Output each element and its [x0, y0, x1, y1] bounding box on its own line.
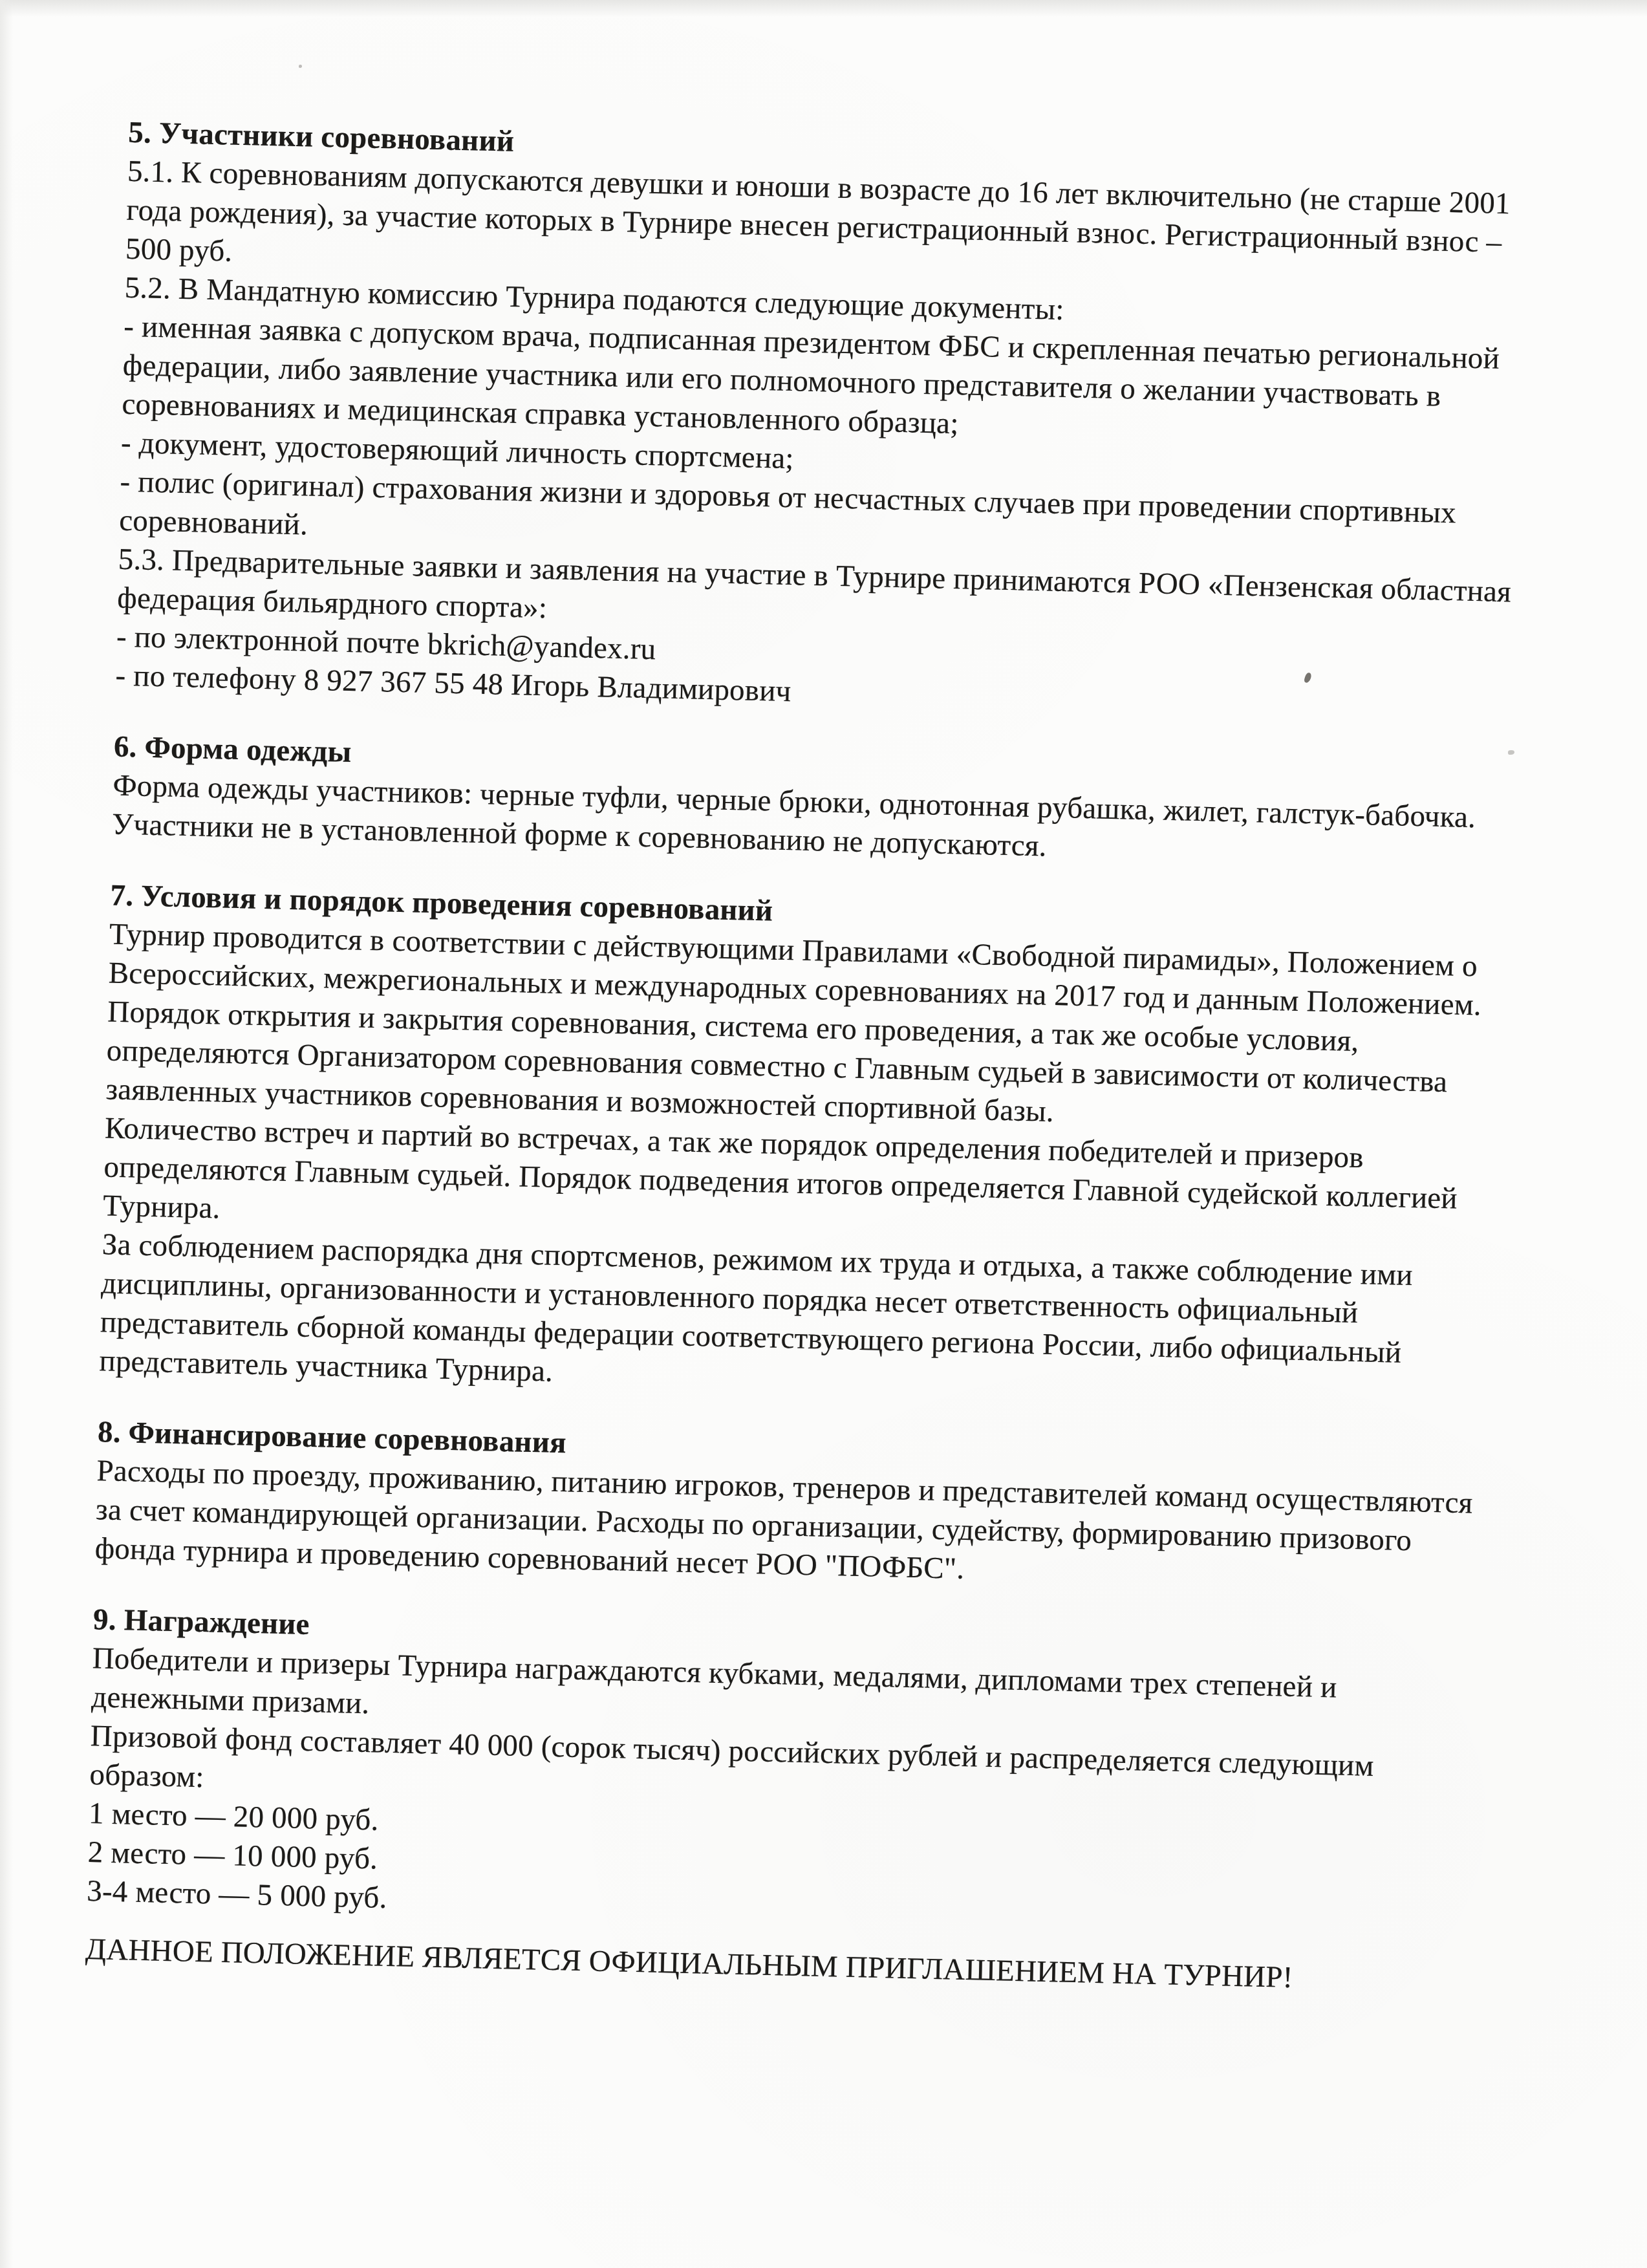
section-financing: 8. Финансирование соревнования Расходы п… [94, 1412, 1501, 1601]
section-participants: 5. Участники соревнований 5.1. К соревно… [115, 113, 1532, 728]
scanned-document-page: 5. Участники соревнований 5.1. К соревно… [0, 0, 1647, 2268]
section-awards: 9. Награждение Победители и призеры Турн… [87, 1600, 1497, 1943]
scan-edge-shadow-left [0, 0, 13, 2268]
document-text-block: 5. Участники соревнований 5.1. К соревно… [85, 113, 1531, 2002]
section-conditions: 7. Условия и порядок проведения соревнов… [99, 876, 1514, 1414]
rules-paragraph-4: За соблюдением распорядка дня спортсмено… [99, 1225, 1505, 1413]
section-dress-code: 6. Форма одежды Форма одежды участников:… [111, 728, 1517, 877]
scan-edge-shadow-top [0, 0, 1647, 17]
official-invitation-line: ДАННОЕ ПОЛОЖЕНИЕ ЯВЛЯЕТСЯ ОФИЦИАЛЬНЫМ ПР… [85, 1930, 1489, 2002]
scan-speck [299, 65, 302, 68]
